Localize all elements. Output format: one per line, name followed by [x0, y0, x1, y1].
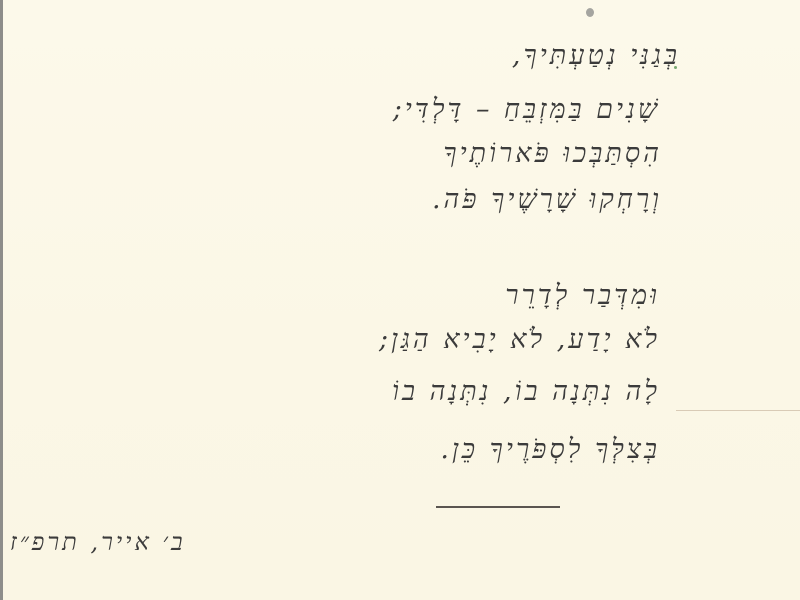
ink-spot — [586, 8, 594, 17]
poem-line-7: לָה נִתְּנָה בוֹ, נִתְּנָה בוֹ — [392, 378, 660, 405]
manuscript-page: בְּגַנִּי נְטַעְתִּיךָ, שָׁנִים בַּמִּזְ… — [0, 0, 800, 600]
page-left-edge — [0, 0, 3, 600]
section-divider — [436, 506, 560, 508]
poem-line-3: הִסְתַּבְּכוּ פֹּארוֹתֶיךָ — [443, 140, 662, 167]
poem-line-6: לֹא יָדַע, לֹא יָבִיא הַגַּן; — [379, 326, 660, 353]
poem-line-5: וּמִדְּבַר לְדָרֵר — [505, 282, 660, 309]
poem-line-8: בְּצִלְּךָ לִסְפֹּרֶיךָ כֵּן. — [440, 436, 660, 463]
poem-line-4: וְרָחְקוּ שָׁרָשֶׁיךָ פֹּה. — [432, 186, 662, 213]
date-signature: ב׳ אייר, תרפ״ז — [10, 528, 186, 557]
poem-line-2: שָׁנִים בַּמִּזְבֵּחַ – דָּלְדִּי; — [393, 96, 660, 123]
poem-line-1: בְּגַנִּי נְטַעְתִּיךָ, — [512, 42, 680, 69]
faint-rule-line — [676, 410, 800, 411]
